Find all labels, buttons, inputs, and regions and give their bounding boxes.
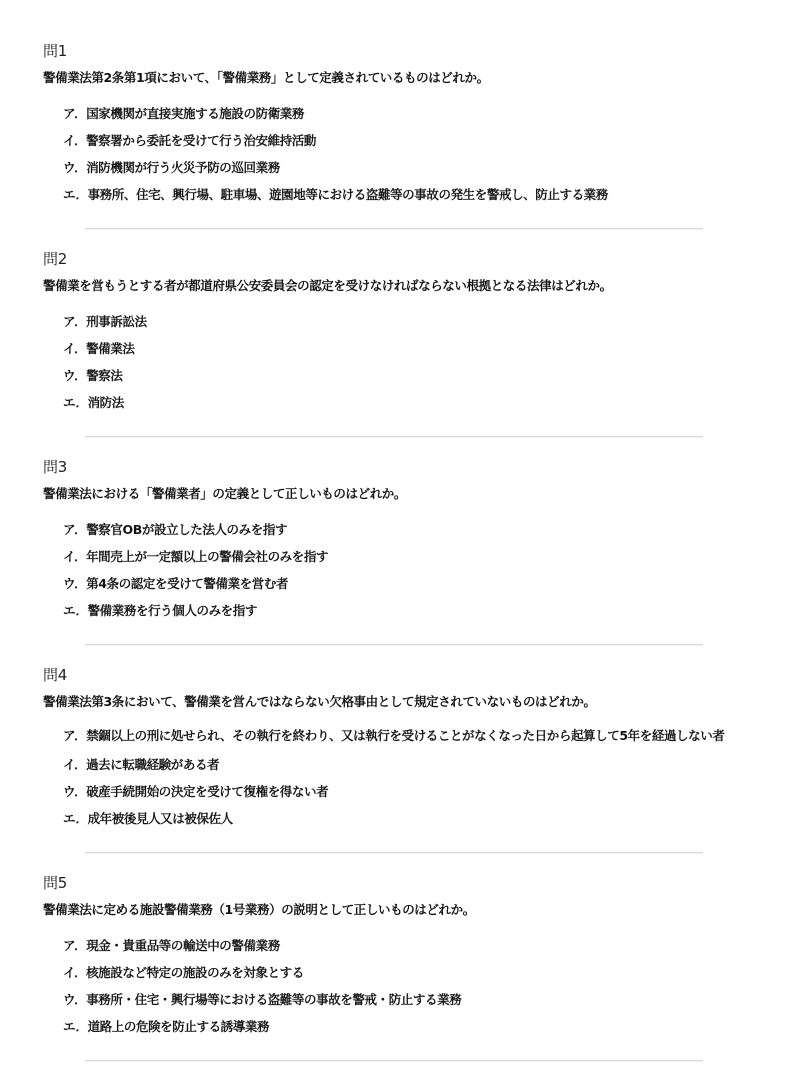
option-label: エ． [63, 603, 88, 618]
question-text: 警備業法に定める施設警備業務（1号業務）の説明として正しいものはどれか。 [43, 900, 743, 920]
option-e: エ．警備業務を行う個人のみを指す [43, 597, 743, 624]
option-text: 事務所・住宅・興行場等における盗難等の事故を警戒・防止する業務 [86, 992, 461, 1007]
option-i: イ．警察署から委託を受けて行う治安維持活動 [43, 127, 743, 154]
option-label: ウ． [63, 784, 86, 799]
option-i: イ．核施設など特定の施設のみを対象とする [43, 959, 743, 986]
option-label: イ． [63, 549, 86, 564]
options-list: ア．警察官OBが設立した法人のみを指す イ．年間売上が一定額以上の警備会社のみを… [43, 516, 743, 624]
option-text: 警備業務を行う個人のみを指す [88, 603, 257, 618]
question-5: 問5 警備業法に定める施設警備業務（1号業務）の説明として正しいものはどれか。 … [43, 872, 743, 1040]
option-label: ア． [63, 728, 86, 743]
divider [85, 852, 703, 854]
options-list: ア．禁錮以上の刑に処せられ、その執行を終わり、又は執行を受けることがなくなった日… [43, 724, 743, 832]
question-1: 問1 警備業法第2条第1項において、「警備業務」として定義されているものはどれか… [43, 40, 743, 208]
option-label: イ． [63, 965, 86, 980]
question-text: 警備業法第3条において、警備業を営んではならない欠格事由として規定されていないも… [43, 692, 743, 712]
option-text: 国家機関が直接実施する施設の防衛業務 [86, 106, 304, 121]
option-a: ア．現金・貴重品等の輸送中の警備業務 [43, 932, 743, 959]
option-label: エ． [63, 811, 88, 826]
option-text: 事務所、住宅、興行場、駐車場、遊園地等における盗難等の事故の発生を警戒し、防止す… [88, 187, 608, 202]
options-list: ア．刑事訴訟法 イ．警備業法 ウ．警察法 エ．消防法 [43, 308, 743, 416]
option-label: ウ． [63, 992, 86, 1007]
option-a: ア．警察官OBが設立した法人のみを指す [43, 516, 743, 543]
option-i: イ．年間売上が一定額以上の警備会社のみを指す [43, 543, 743, 570]
option-label: ア． [63, 938, 86, 953]
option-u: ウ．破産手続開始の決定を受けて復権を得ない者 [43, 778, 743, 805]
option-text: 警察官OBが設立した法人のみを指す [86, 522, 287, 537]
question-text: 警備業法第2条第1項において、「警備業務」として定義されているものはどれか。 [43, 68, 743, 88]
option-a: ア．禁錮以上の刑に処せられ、その執行を終わり、又は執行を受けることがなくなった日… [43, 724, 743, 748]
question-number: 問5 [43, 872, 743, 894]
option-e: エ．消防法 [43, 389, 743, 416]
option-label: ウ． [63, 368, 86, 383]
option-label: ア． [63, 314, 86, 329]
question-text: 警備業を営もうとする者が都道府県公安委員会の認定を受けなければならない根拠となる… [43, 276, 743, 296]
option-label: ウ． [63, 160, 86, 175]
option-a: ア．刑事訴訟法 [43, 308, 743, 335]
question-number: 問2 [43, 248, 743, 270]
option-text: 消防法 [88, 395, 124, 410]
option-text: 成年被後見人又は被保佐人 [88, 811, 233, 826]
option-a: ア．国家機関が直接実施する施設の防衛業務 [43, 100, 743, 127]
option-label: エ． [63, 1019, 88, 1034]
question-4: 問4 警備業法第3条において、警備業を営んではならない欠格事由として規定されてい… [43, 664, 743, 832]
question-text: 警備業法における「警備業者」の定義として正しいものはどれか。 [43, 484, 743, 504]
option-text: 年間売上が一定額以上の警備会社のみを指す [86, 549, 328, 564]
divider [85, 228, 703, 230]
option-text: 警察法 [86, 368, 122, 383]
option-label: ア． [63, 522, 86, 537]
option-text: 破産手続開始の決定を受けて復権を得ない者 [86, 784, 328, 799]
option-text: 第4条の認定を受けて警備業を営む者 [86, 576, 288, 591]
option-label: イ． [63, 133, 86, 148]
option-i: イ．警備業法 [43, 335, 743, 362]
option-e: エ．成年被後見人又は被保佐人 [43, 805, 743, 832]
option-label: イ． [63, 757, 86, 772]
question-number: 問1 [43, 40, 743, 62]
quiz-document: 問1 警備業法第2条第1項において、「警備業務」として定義されているものはどれか… [0, 0, 743, 1062]
option-label: ア． [63, 106, 86, 121]
divider [85, 436, 703, 438]
option-label: エ． [63, 395, 88, 410]
divider [85, 644, 703, 646]
option-label: イ． [63, 341, 86, 356]
option-label: エ． [63, 187, 88, 202]
option-e: エ．道路上の危険を防止する誘導業務 [43, 1013, 743, 1040]
question-2: 問2 警備業を営もうとする者が都道府県公安委員会の認定を受けなければならない根拠… [43, 248, 743, 416]
option-text: 刑事訴訟法 [86, 314, 147, 329]
option-e: エ．事務所、住宅、興行場、駐車場、遊園地等における盗難等の事故の発生を警戒し、防… [43, 181, 743, 208]
option-text: 警察署から委託を受けて行う治安維持活動 [86, 133, 316, 148]
option-u: ウ．事務所・住宅・興行場等における盗難等の事故を警戒・防止する業務 [43, 986, 743, 1013]
option-text: 消防機関が行う火災予防の巡回業務 [86, 160, 280, 175]
divider [85, 1060, 703, 1062]
option-i: イ．過去に転職経験がある者 [43, 751, 743, 778]
option-u: ウ．消防機関が行う火災予防の巡回業務 [43, 154, 743, 181]
options-list: ア．現金・貴重品等の輸送中の警備業務 イ．核施設など特定の施設のみを対象とする … [43, 932, 743, 1040]
option-text: 核施設など特定の施設のみを対象とする [86, 965, 304, 980]
option-u: ウ．警察法 [43, 362, 743, 389]
option-u: ウ．第4条の認定を受けて警備業を営む者 [43, 570, 743, 597]
question-number: 問4 [43, 664, 743, 686]
option-label: ウ． [63, 576, 86, 591]
option-text: 過去に転職経験がある者 [86, 757, 219, 772]
option-text: 現金・貴重品等の輸送中の警備業務 [86, 938, 280, 953]
option-text: 警備業法 [86, 341, 134, 356]
options-list: ア．国家機関が直接実施する施設の防衛業務 イ．警察署から委託を受けて行う治安維持… [43, 100, 743, 208]
option-text: 禁錮以上の刑に処せられ、その執行を終わり、又は執行を受けることがなくなった日から… [86, 728, 724, 743]
question-number: 問3 [43, 456, 743, 478]
question-3: 問3 警備業法における「警備業者」の定義として正しいものはどれか。 ア．警察官O… [43, 456, 743, 624]
option-text: 道路上の危険を防止する誘導業務 [88, 1019, 270, 1034]
